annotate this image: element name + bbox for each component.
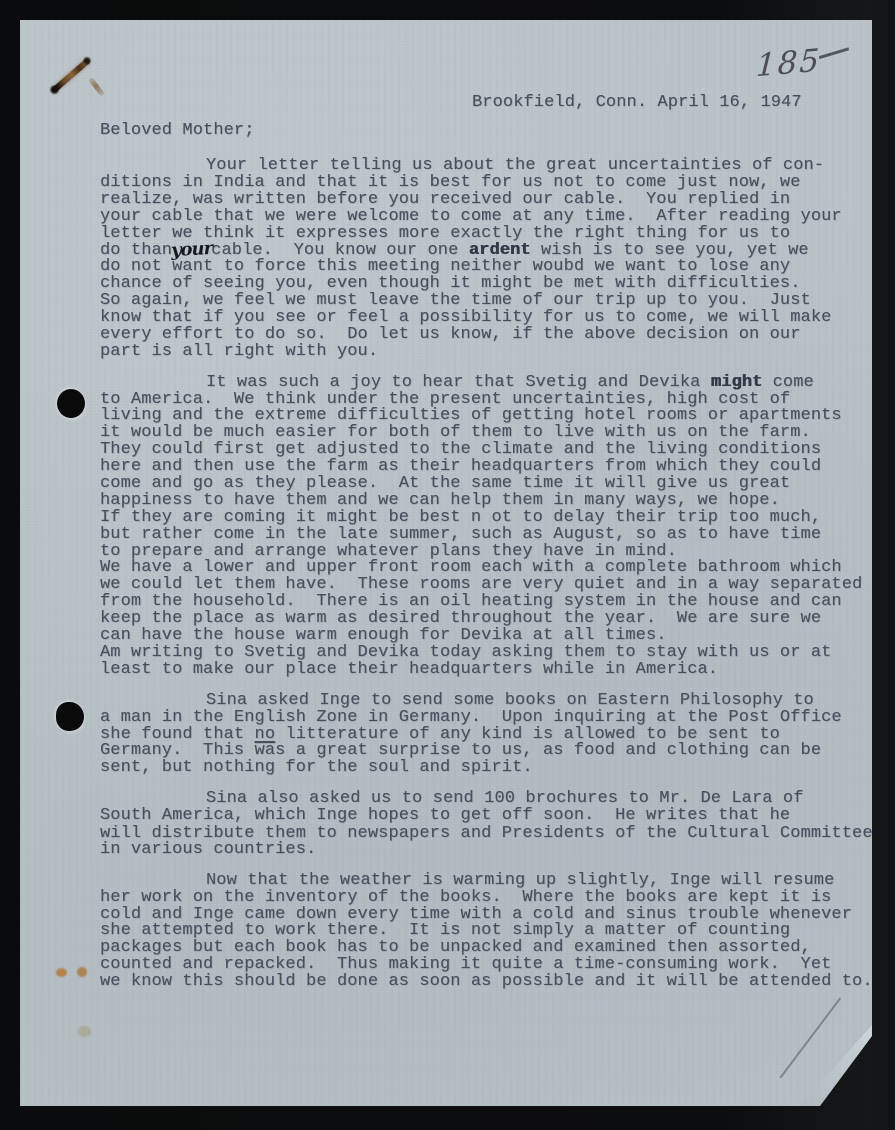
letter-page: 185 Brookfield, Conn. April 16, 1947 Bel… [20, 20, 872, 1106]
letter-line: least to make our place their headquarte… [100, 662, 875, 679]
page-number-text: 185 [755, 42, 822, 84]
typed-text: part is all right with you. [100, 342, 378, 361]
paragraph: Now that the weather is warming up sligh… [100, 873, 875, 991]
letter-line: we know this should be done as soon as p… [100, 974, 875, 991]
letter-body: Your letter telling us about the great u… [100, 158, 875, 991]
letter-line: letter we think it expresses more exactl… [100, 226, 875, 243]
typed-text: South America, which Inge hopes to get o… [100, 806, 790, 825]
letter-line: part is all right with you. [100, 344, 875, 361]
crease-line [779, 997, 840, 1078]
paragraph: Sina asked Inge to send some books on Ea… [100, 693, 875, 777]
rust-stain [56, 968, 67, 977]
page-number-dash [819, 47, 849, 58]
salutation: Beloved Mother; [100, 121, 255, 140]
typed-text: in various countries. [100, 840, 316, 859]
letter-line: South America, which Inge hopes to get o… [100, 808, 875, 825]
letter-line: sent, but nothing for the soul and spiri… [100, 760, 875, 777]
paragraph: It was such a joy to hear that Svetig an… [100, 375, 875, 679]
ink-smear [51, 57, 91, 93]
rust-stain [78, 1026, 91, 1037]
handwritten-word: your [171, 242, 213, 258]
typed-text: least to make our place their headquarte… [100, 660, 718, 679]
corner-fold [800, 1014, 872, 1106]
hole-punch-bottom [56, 702, 84, 731]
letter-line: in various countries. [100, 842, 875, 859]
typed-text: sent, but nothing for the soul and spiri… [100, 758, 533, 777]
paragraph: Sina also asked us to send 100 brochures… [100, 791, 875, 859]
dateline: Brookfield, Conn. April 16, 1947 [472, 93, 802, 112]
paragraph: Your letter telling us about the great u… [100, 158, 875, 361]
handwritten-word: es [871, 825, 891, 840]
rust-stain [77, 967, 87, 977]
typed-text: we know this should be done as soon as p… [100, 972, 873, 991]
hole-punch-top [57, 389, 85, 418]
ink-smear-small [88, 77, 105, 97]
handwritten-page-number: 185 [755, 40, 853, 85]
